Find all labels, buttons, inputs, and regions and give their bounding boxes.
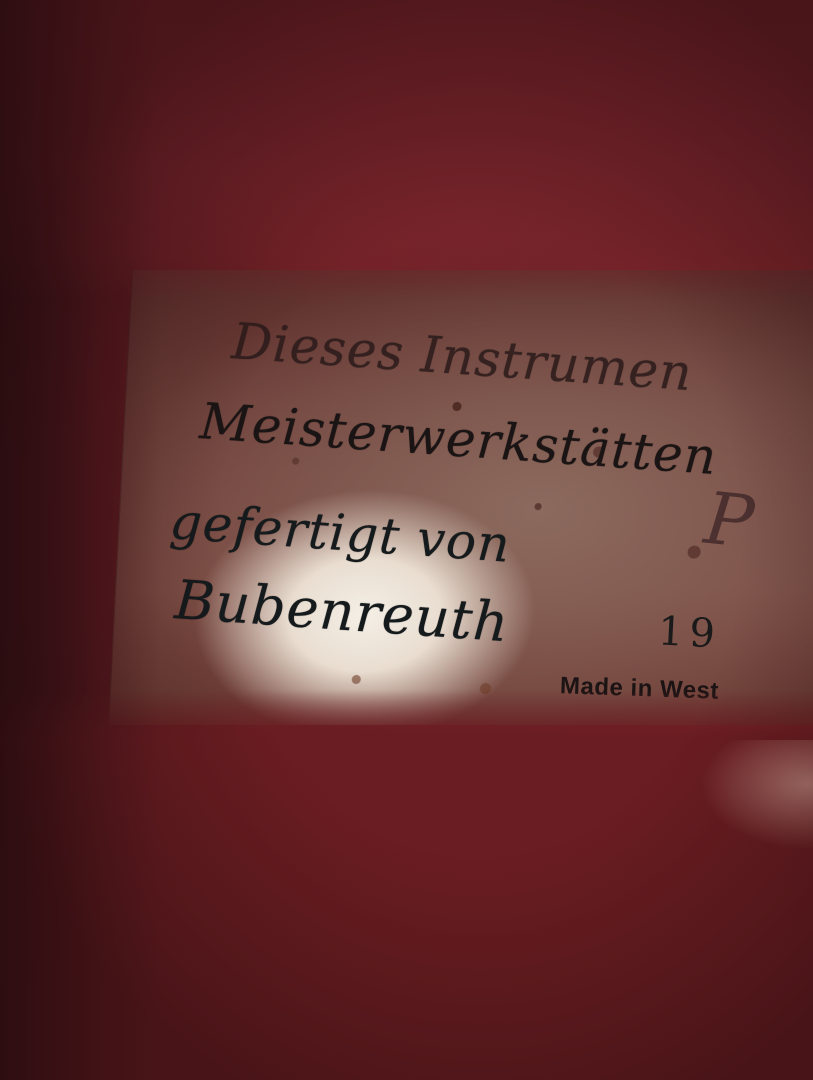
- vignette: [0, 0, 813, 1080]
- violin-interior-photo: Dieses Instrumen Meisterwerkstätten gefe…: [0, 0, 813, 1080]
